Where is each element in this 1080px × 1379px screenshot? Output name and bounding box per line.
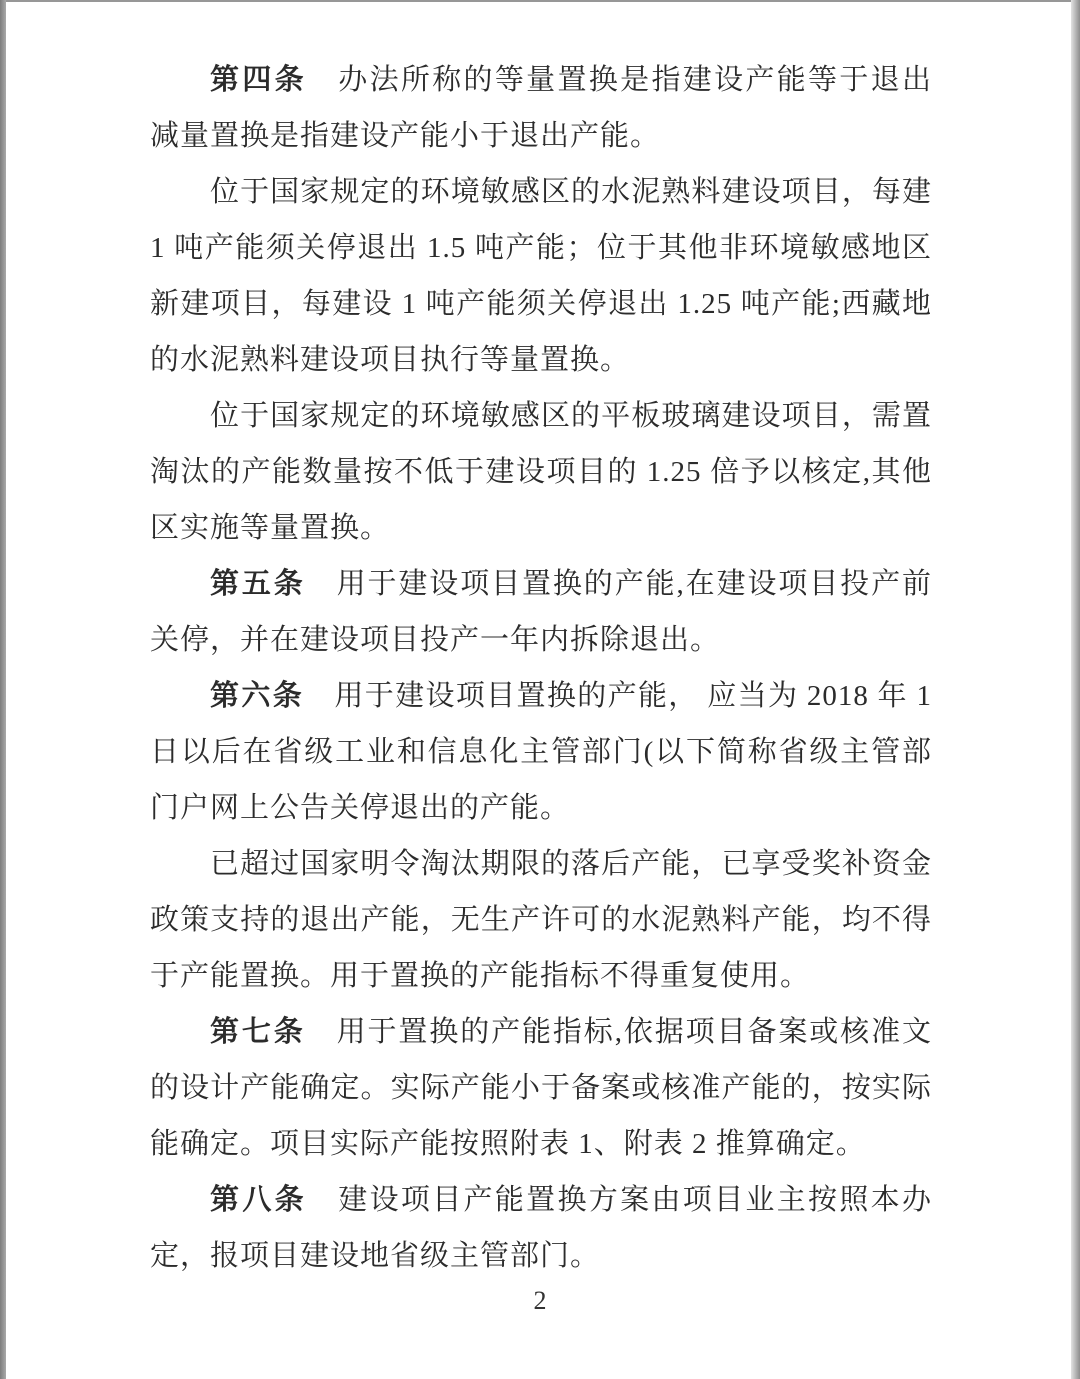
- text-line: 第七条 用于置换的产能指标,依据项目备案或核准文件上: [150, 1004, 932, 1060]
- text-segment: 位于国家规定的环境敏感区的平板玻璃建设项目，需置换: [150, 400, 932, 444]
- article-number: 第五条: [210, 568, 306, 600]
- text-line: 位于国家规定的环境敏感区的平板玻璃建设项目，需置换: [150, 388, 932, 444]
- text-segment: 已超过国家明令淘汰期限的落后产能，已享受奖补资金和: [150, 848, 932, 892]
- text-segment: 淘汰的产能数量按不低于建设项目的 1.25 倍予以核定,其他地: [150, 456, 932, 500]
- text-segment: 于产能置换。用于置换的产能指标不得重复使用。: [150, 960, 810, 992]
- text-line: 已超过国家明令淘汰期限的落后产能，已享受奖补资金和: [150, 836, 932, 892]
- text-line: 定，报项目建设地省级主管部门。: [150, 1228, 932, 1284]
- text-line: 淘汰的产能数量按不低于建设项目的 1.25 倍予以核定,其他地: [150, 444, 932, 500]
- text-segment: 1 吨产能须关停退出 1.5 吨产能；位于其他非环境敏感地区的: [150, 232, 932, 276]
- text-line: 1 吨产能须关停退出 1.5 吨产能；位于其他非环境敏感地区的: [150, 220, 932, 276]
- text-line: 门户网上公告关停退出的产能。: [150, 780, 932, 836]
- text-line: 区实施等量置换。: [150, 500, 932, 556]
- page-edge-top: [0, 0, 1080, 2]
- text-line: 的设计产能确定。实际产能小于备案或核准产能的，按实际产: [150, 1060, 932, 1116]
- text-line: 日以后在省级工业和信息化主管部门(以下简称省级主管部门): [150, 724, 932, 780]
- text-segment: 门户网上公告关停退出的产能。: [150, 792, 570, 824]
- text-line: 第四条 办法所称的等量置换是指建设产能等于退出产能，: [150, 52, 932, 108]
- document-text: 第四条 办法所称的等量置换是指建设产能等于退出产能，减量置换是指建设产能小于退出…: [150, 52, 932, 1284]
- text-line: 第五条 用于建设项目置换的产能,在建设项目投产前必须: [150, 556, 932, 612]
- text-line: 新建项目，每建设 1 吨产能须关停退出 1.25 吨产能;西藏地区: [150, 276, 932, 332]
- text-segment: 日以后在省级工业和信息化主管部门(以下简称省级主管部门): [150, 736, 932, 780]
- article-number: 第六条: [210, 680, 304, 712]
- article-number: 第七条: [210, 1016, 306, 1048]
- text-line: 能确定。项目实际产能按照附表 1、附表 2 推算确定。: [150, 1116, 932, 1172]
- page-edge-right: [1071, 0, 1080, 1379]
- text-segment: 定，报项目建设地省级主管部门。: [150, 1240, 600, 1272]
- text-line: 位于国家规定的环境敏感区的水泥熟料建设项目，每建设: [150, 164, 932, 220]
- page-number: 2: [0, 1286, 1080, 1316]
- text-segment: 区实施等量置换。: [150, 512, 390, 544]
- text-segment: 政策支持的退出产能，无生产许可的水泥熟料产能，均不得用: [150, 904, 932, 948]
- article-number: 第四条: [210, 64, 307, 96]
- text-segment: 的设计产能确定。实际产能小于备案或核准产能的，按实际产: [150, 1072, 932, 1116]
- text-line: 第八条 建设项目产能置换方案由项目业主按照本办法制: [150, 1172, 932, 1228]
- text-segment: 关停，并在建设项目投产一年内拆除退出。: [150, 624, 720, 656]
- text-segment: 减量置换是指建设产能小于退出产能。: [150, 120, 660, 152]
- text-line: 减量置换是指建设产能小于退出产能。: [150, 108, 932, 164]
- text-line: 于产能置换。用于置换的产能指标不得重复使用。: [150, 948, 932, 1004]
- text-line: 政策支持的退出产能，无生产许可的水泥熟料产能，均不得用: [150, 892, 932, 948]
- text-segment: 的水泥熟料建设项目执行等量置换。: [150, 344, 630, 376]
- page-edge-left: [0, 0, 6, 1379]
- article-number: 第八条: [210, 1184, 307, 1216]
- text-segment: 位于国家规定的环境敏感区的水泥熟料建设项目，每建设: [150, 176, 932, 220]
- text-segment: 新建项目，每建设 1 吨产能须关停退出 1.25 吨产能;西藏地区: [150, 288, 932, 332]
- text-line: 第六条 用于建设项目置换的产能， 应当为 2018 年 1 月 1: [150, 668, 932, 724]
- text-line: 关停，并在建设项目投产一年内拆除退出。: [150, 612, 932, 668]
- text-line: 的水泥熟料建设项目执行等量置换。: [150, 332, 932, 388]
- text-segment: 能确定。项目实际产能按照附表 1、附表 2 推算确定。: [150, 1128, 866, 1160]
